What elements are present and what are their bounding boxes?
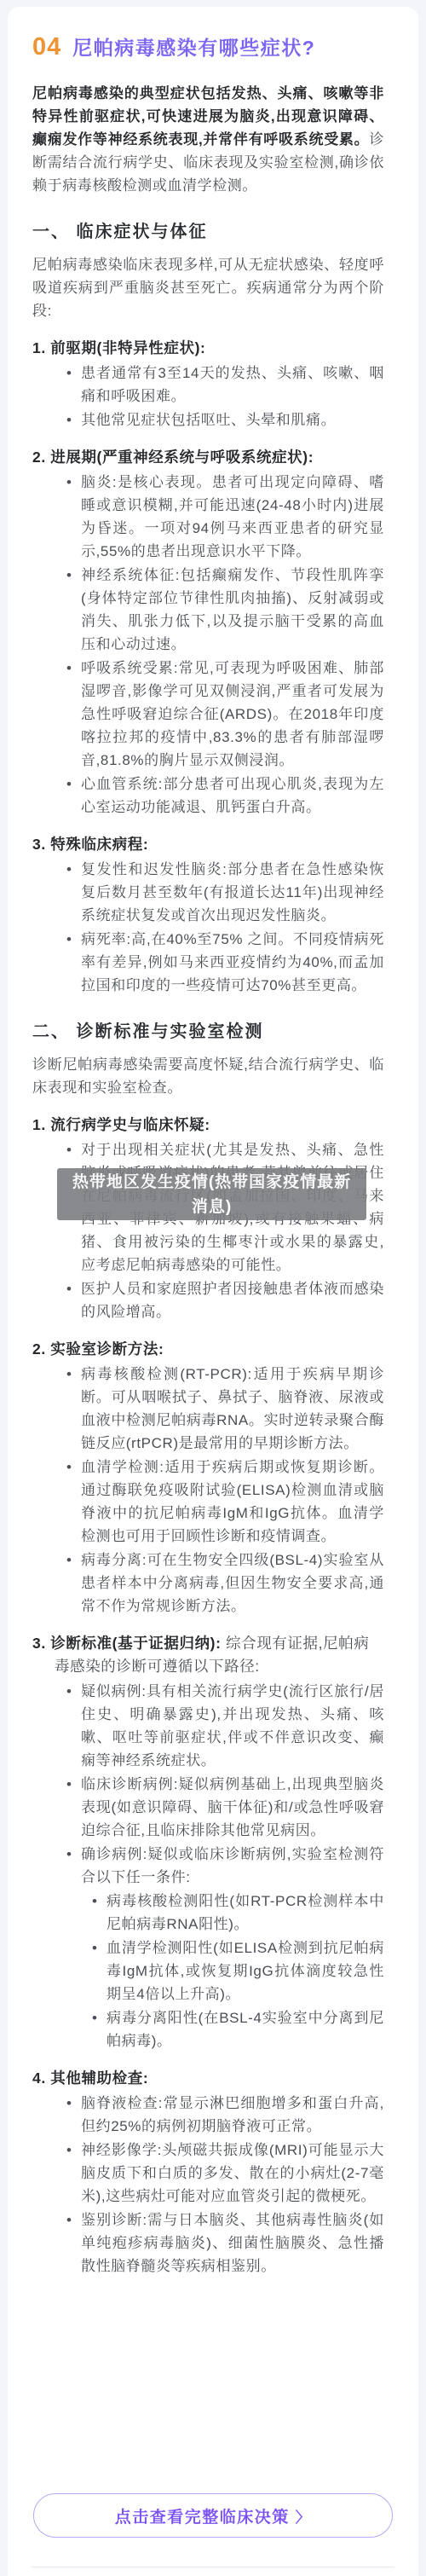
bullet-list: 病毒核酸检测(RT-PCR):适用于疾病早期诊断。可从咽喉拭子、鼻拭子、脑脊液、… — [32, 1363, 384, 1618]
section-number: 04 — [32, 33, 61, 61]
sub-list-item: 病毒核酸检测阳性(如RT-PCR检测样本中尼帕病毒RNA阳性)。 — [106, 1890, 384, 1936]
article-header: 04 尼帕病毒感染有哪些症状? — [32, 32, 384, 61]
list-item: 病毒核酸检测(RT-PCR):适用于疾病早期诊断。可从咽喉拭子、鼻拭子、脑脊液、… — [81, 1363, 384, 1455]
block-heading: 1. 流行病学史与临床怀疑: — [32, 1114, 384, 1137]
view-full-decision-button[interactable]: 点击查看完整临床决策 〉 — [33, 2493, 393, 2538]
content-block: 2. 进展期(严重神经系统与呼吸系统症状):脑炎:是核心表现。患者可出现定向障碍… — [32, 446, 384, 819]
list-item: 患者通常有3至14天的发热、头痛、咳嗽、咽痛和呼吸困难。 — [81, 362, 384, 408]
list-item: 病毒分离:可在生物安全四级(BSL-4)实验室从患者样本中分离病毒,但因生物安全… — [81, 1548, 384, 1618]
content-block: 1. 流行病学史与临床怀疑:对于出现相关症状(尤其是发热、头痛、急性脑炎或呼吸道… — [32, 1114, 384, 1323]
bullet-list: 对于出现相关症状(尤其是发热、头痛、急性脑炎或呼吸道症状)的患者,若其曾前往或居… — [32, 1138, 384, 1323]
content-block: 3. 特殊临床病程:复发性和迟发性脑炎:部分患者在急性感染恢复后数月甚至数年(有… — [32, 833, 384, 997]
intro-paragraph: 尼帕病毒感染的典型症状包括发热、头痛、咳嗽等非特异性前驱症状,可快速进展为脑炎,… — [32, 82, 384, 197]
list-item: 疑似病例:具有相关流行病学史(流行区旅行/居住史、明确暴露史),并出现发热、头痛… — [81, 1680, 384, 1772]
block-heading: 3. 诊断标准(基于证据归纳): 综合现有证据,尼帕病毒感染的诊断可遵循以下路径… — [32, 1632, 384, 1678]
list-item: 临床诊断病例:疑似病例基础上,出现典型脑炎表现(如意识障碍、脑干体征)和/或急性… — [81, 1773, 384, 1842]
watermark-overlay: 热带地区发生疫情(热带国家疫情最新消息) — [57, 1168, 366, 1220]
list-item: 确诊病例:疑似或临床诊断病例,实验室检测符合以下任一条件:病毒核酸检测阳性(如R… — [81, 1843, 384, 2052]
section-title: 一、 临床症状与体征 — [32, 219, 384, 245]
list-item: 对于出现相关症状(尤其是发热、头痛、急性脑炎或呼吸道症状)的患者,若其曾前往或居… — [81, 1138, 384, 1276]
list-item: 复发性和迟发性脑炎:部分患者在急性感染恢复后数月甚至数年(有报道长达11年)出现… — [81, 858, 384, 927]
list-item: 其他常见症状包括呕吐、头晕和肌痛。 — [81, 408, 384, 431]
block-heading: 2. 实验室诊断方法: — [32, 1338, 384, 1361]
content-block: 4. 其他辅助检查:脑脊液检查:常显示淋巴细胞增多和蛋白升高,但约25%的病例初… — [32, 2067, 384, 2278]
sub-bullet-list: 病毒核酸检测阳性(如RT-PCR检测样本中尼帕病毒RNA阳性)。血清学检测阳性(… — [81, 1890, 384, 2052]
intro-bold-text: 尼帕病毒感染的典型症状包括发热、头痛、咳嗽等非特异性前驱症状,可快速进展为脑炎,… — [32, 85, 384, 148]
section-lead: 尼帕病毒感染临床表现多样,可从无症状感染、轻度呼吸道疾病到严重脑炎甚至死亡。疾病… — [32, 253, 384, 322]
bullet-list: 脑脊液检查:常显示淋巴细胞增多和蛋白升高,但约25%的病例初期脑脊液可正常。神经… — [32, 2092, 384, 2278]
chevron-right-icon: 〉 — [296, 2505, 312, 2527]
bullet-list: 疑似病例:具有相关流行病学史(流行区旅行/居住史、明确暴露史),并出现发热、头痛… — [32, 1680, 384, 2052]
bullet-list: 复发性和迟发性脑炎:部分患者在急性感染恢复后数月甚至数年(有报道长达11年)出现… — [32, 858, 384, 997]
list-item: 医护人员和家庭照护者因接触患者体液而感染的风险增高。 — [81, 1277, 384, 1323]
list-item: 心血管系统:部分患者可出现心肌炎,表现为左心室运动功能减退、肌钙蛋白升高。 — [81, 773, 384, 819]
section-title: 二、 诊断标准与实验室检测 — [32, 1019, 384, 1045]
list-item: 脑脊液检查:常显示淋巴细胞增多和蛋白升高,但约25%的病例初期脑脊液可正常。 — [81, 2092, 384, 2138]
block-heading: 3. 特殊临床病程: — [32, 833, 384, 856]
list-item: 神经影像学:头颅磁共振成像(MRI)可能显示大脑皮质下和白质的多发、散在的小病灶… — [81, 2139, 384, 2208]
section-lead: 诊断尼帕病毒感染需要高度怀疑,结合流行病学史、临床表现和实验室检查。 — [32, 1053, 384, 1099]
block-heading: 4. 其他辅助检查: — [32, 2067, 384, 2090]
list-item: 血清学检测:适用于疾病后期或恢复期诊断。通过酶联免疫吸附试验(ELISA)检测血… — [81, 1456, 384, 1548]
article-card: 04 尼帕病毒感染有哪些症状? 尼帕病毒感染的典型症状包括发热、头痛、咳嗽等非特… — [8, 7, 418, 2576]
bullet-list: 患者通常有3至14天的发热、头痛、咳嗽、咽痛和呼吸困难。其他常见症状包括呕吐、头… — [32, 362, 384, 431]
list-item: 鉴别诊断:需与日本脑炎、其他病毒性脑炎(如单纯疱疹病毒脑炎)、细菌性脑膜炎、急性… — [81, 2208, 384, 2278]
page-title: 尼帕病毒感染有哪些症状? — [72, 32, 315, 61]
sub-list-item: 血清学检测阳性(如ELISA检测到抗尼帕病毒IgM抗体,或恢复期IgG抗体滴度较… — [106, 1936, 384, 2006]
list-item: 呼吸系统受累:常见,可表现为呼吸困难、肺部湿啰音,影像学可见双侧浸润,严重者可发… — [81, 657, 384, 772]
content-block: 2. 实验室诊断方法:病毒核酸检测(RT-PCR):适用于疾病早期诊断。可从咽喉… — [32, 1338, 384, 1618]
block-heading: 1. 前驱期(非特异性症状): — [32, 337, 384, 360]
block-heading: 2. 进展期(严重神经系统与呼吸系统症状): — [32, 446, 384, 469]
sub-list-item: 病毒分离阳性(在BSL-4实验室中分离到尼帕病毒)。 — [106, 2006, 384, 2052]
content-block: 3. 诊断标准(基于证据归纳): 综合现有证据,尼帕病毒感染的诊断可遵循以下路径… — [32, 1632, 384, 2052]
list-item: 病死率:高,在40%至75% 之间。不同疫情病死率有差异,例如马来西亚疫情约为4… — [81, 928, 384, 997]
content-block: 1. 前驱期(非特异性症状):患者通常有3至14天的发热、头痛、咳嗽、咽痛和呼吸… — [32, 337, 384, 431]
cta-label: 点击查看完整临床决策 — [115, 2504, 290, 2527]
list-item: 神经系统体征:包括癫痫发作、节段性肌阵挛(身体特定部位节律性肌肉抽搐)、反射减弱… — [81, 564, 384, 656]
bullet-list: 脑炎:是核心表现。患者可出现定向障碍、嗜睡或意识模糊,并可能迅速(24-48小时… — [32, 471, 384, 819]
list-item: 脑炎:是核心表现。患者可出现定向障碍、嗜睡或意识模糊,并可能迅速(24-48小时… — [81, 471, 384, 563]
bottom-divider — [32, 2567, 394, 2567]
article-body: 一、 临床症状与体征尼帕病毒感染临床表现多样,可从无症状感染、轻度呼吸道疾病到严… — [32, 219, 384, 2278]
